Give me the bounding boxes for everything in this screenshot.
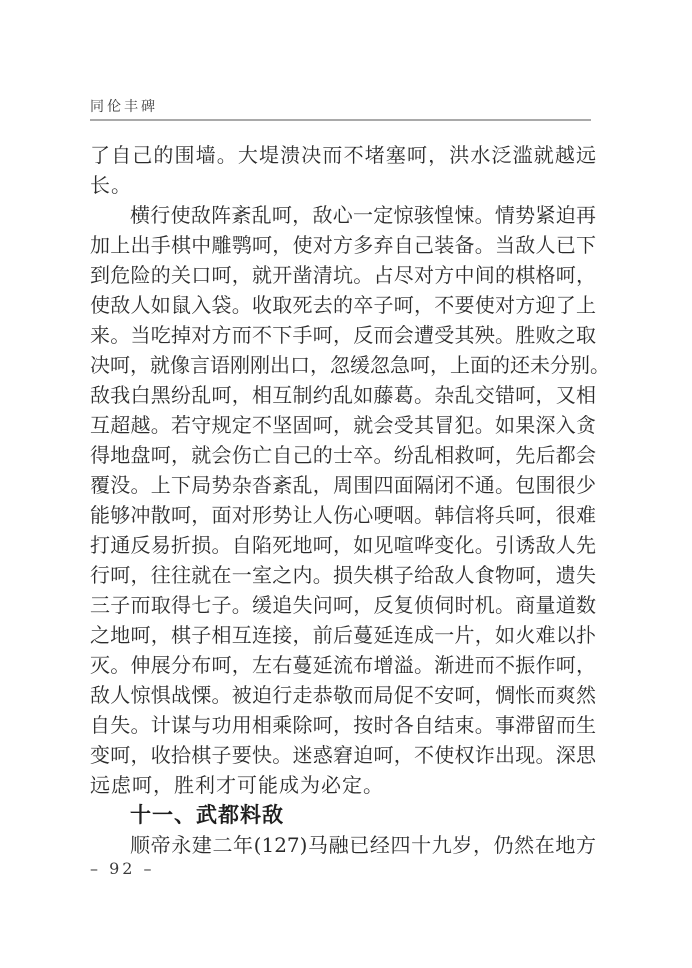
- text-line: 之地呵，棋子相互连接，前后蔓延连成一片，如火难以扑: [90, 620, 596, 650]
- text-line: 得地盘呵，就会伤亡自己的士卒。纷乱相救呵，先后都会: [90, 440, 596, 470]
- text-line: 横行使敌阵紊乱呵，敌心一定惊骇惶悚。情势紧迫再: [90, 200, 596, 230]
- text-line: 了自己的围墙。大堤溃决而不堵塞呵，洪水泛滥就越远: [90, 140, 596, 170]
- text-line: 顺帝永建二年(127)马融已经四十九岁，仍然在地方: [90, 830, 596, 860]
- running-head: 同伦丰碑: [90, 96, 158, 116]
- text-line: 决呵，就像言语刚刚出口，忽缓忽急呵，上面的还未分别。: [90, 350, 596, 380]
- text-line: 来。当吃掉对方而不下手呵，反而会遭受其殃。胜败之取: [90, 320, 596, 350]
- text-line: 能够冲散呵，面对形势让人伤心哽咽。韩信将兵呵，很难: [90, 500, 596, 530]
- text-line: 灭。伸展分布呵，左右蔓延流布增溢。渐进而不振作呵，: [90, 650, 596, 680]
- header-rule: [90, 119, 591, 121]
- text-line: 敌人惊惧战慄。被迫行走恭敬而局促不安呵，惆怅而爽然: [90, 680, 596, 710]
- text-line: 打通反易折损。自陷死地呵，如见喧哗变化。引诱敌人先: [90, 530, 596, 560]
- text-line: 三子而取得七子。缓追失问呵，反复侦伺时机。商量道数: [90, 590, 596, 620]
- page-body: 了自己的围墙。大堤溃决而不堵塞呵，洪水泛滥就越远 长。 横行使敌阵紊乱呵，敌心一…: [90, 140, 596, 860]
- text-line: 到危险的关口呵，就开凿清坑。占尽对方中间的棋格呵，: [90, 260, 596, 290]
- text-line: 远虑呵，胜利才可能成为必定。: [90, 770, 596, 800]
- section-heading: 十一、武都料敌: [90, 800, 596, 830]
- text-line: 敌我白黑纷乱呵，相互制约乱如藤葛。杂乱交错呵，又相: [90, 380, 596, 410]
- text-line: 覆没。上下局势杂沓紊乱，周围四面隔闭不通。包围很少: [90, 470, 596, 500]
- text-line: 行呵，往往就在一室之内。损失棋子给敌人食物呵，遗失: [90, 560, 596, 590]
- text-line: 自失。计谋与功用相乘除呵，按时各自结束。事滞留而生: [90, 710, 596, 740]
- text-line: 长。: [90, 170, 596, 200]
- text-line: 互超越。若守规定不坚固呵，就会受其冒犯。如果深入贪: [90, 410, 596, 440]
- text-line: 加上出手棋中雕鹗呵，使对方多弃自己装备。当敌人已下: [90, 230, 596, 260]
- page-number: – 92 –: [90, 859, 155, 878]
- text-line: 变呵，收拾棋子要快。迷惑窘迫呵，不使权诈出现。深思: [90, 740, 596, 770]
- text-line: 使敌人如鼠入袋。收取死去的卒子呵，不要使对方迎了上: [90, 290, 596, 320]
- book-page: 同伦丰碑 了自己的围墙。大堤溃决而不堵塞呵，洪水泛滥就越远 长。 横行使敌阵紊乱…: [0, 0, 692, 968]
